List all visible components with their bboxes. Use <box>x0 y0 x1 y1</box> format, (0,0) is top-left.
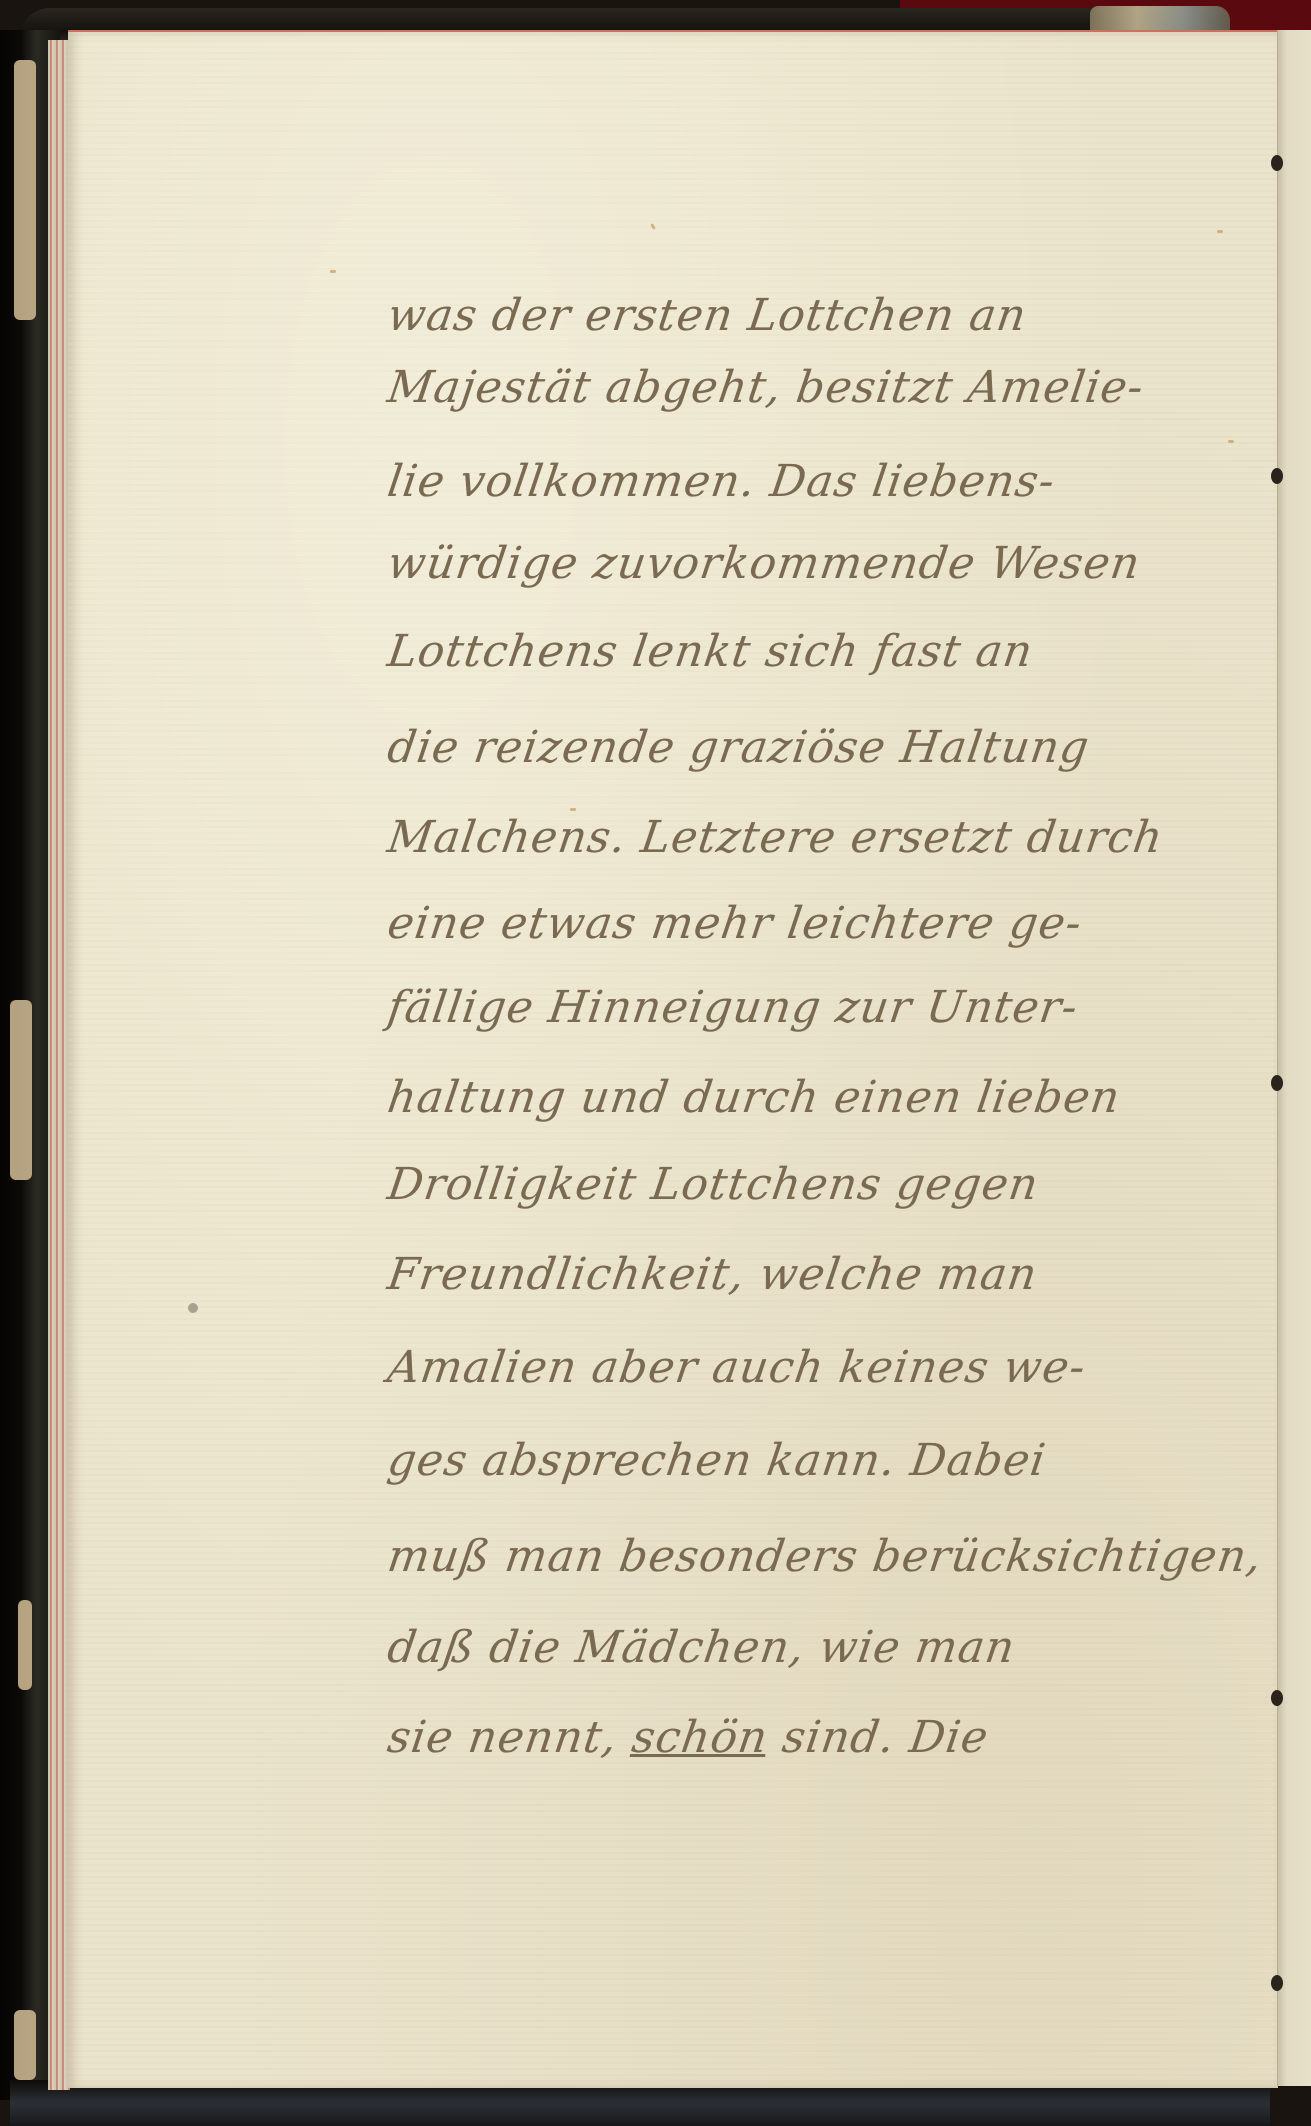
text-line: Freundlichkeit, welche man <box>384 1249 1040 1300</box>
text-line: die reizende graziöse Haltung <box>384 722 1092 773</box>
text-fragment: sind. Die <box>764 1712 992 1763</box>
paper-fiber <box>330 270 336 273</box>
text-line: Lottchens lenkt sich fast an <box>384 626 1036 677</box>
text-line: was der ersten Lottchen an <box>384 290 1030 341</box>
paper-fiber <box>1217 230 1223 233</box>
underlined-word: schön <box>629 1712 772 1763</box>
text-line: Malchens. Letztere ersetzt durch <box>384 812 1166 863</box>
cover-wear-patch <box>14 60 36 320</box>
text-line-last: sie nennt, schön sind. Die <box>384 1712 991 1763</box>
stitch-hole <box>1271 1075 1283 1091</box>
stitch-hole <box>1271 1975 1283 1991</box>
text-line: daß die Mädchen, wie man <box>384 1622 1018 1673</box>
text-line: eine etwas mehr leichtere ge- <box>384 898 1085 949</box>
stitch-hole <box>1271 155 1283 171</box>
paper-fiber <box>570 808 576 811</box>
text-line: Amalien aber auch keines we- <box>384 1342 1089 1393</box>
text-line: würdige zuvorkommende Wesen <box>384 538 1143 589</box>
stitch-hole <box>1271 1690 1283 1706</box>
text-fragment: sie nennt, <box>384 1712 636 1763</box>
cover-wear-patch <box>14 2010 36 2080</box>
text-line: Drolligkeit Lottchens gegen <box>384 1159 1042 1210</box>
stitch-hole <box>1271 468 1283 484</box>
page-edges-red-ruled <box>48 40 70 2090</box>
text-line: fällige Hinneigung zur Unter- <box>384 982 1081 1033</box>
cover-wear-patch <box>10 1000 32 1180</box>
text-line: muß man besonders berücksichtigen, <box>384 1531 1265 1582</box>
page-gutter-fold <box>1277 30 1311 2086</box>
cover-wear-patch <box>18 1600 32 1690</box>
text-line: lie vollkommen. Das liebens- <box>384 456 1058 507</box>
paper-fiber <box>1228 440 1234 443</box>
text-line: ges absprechen kann. Dabei <box>384 1435 1049 1486</box>
text-line: haltung und durch einen lieben <box>384 1072 1123 1123</box>
text-line: Majestät abgeht, besitzt Amelie- <box>384 362 1147 413</box>
paper-stain <box>188 1303 198 1313</box>
